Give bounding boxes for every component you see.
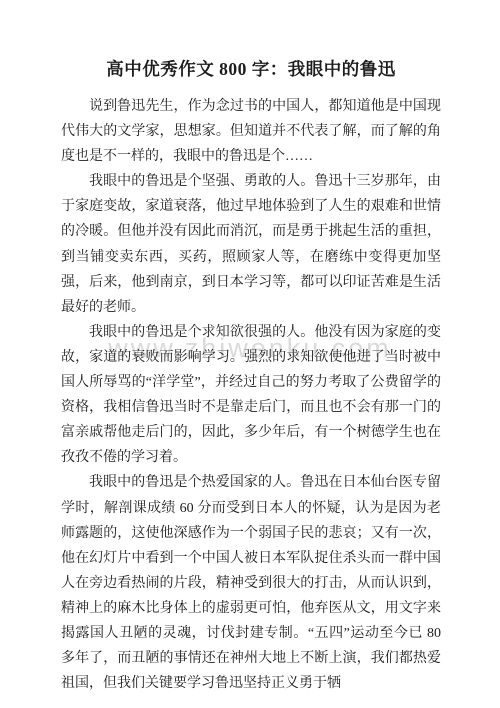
- document-page: www.zhiwenku.com 高中优秀作文 800 字：我眼中的鲁迅 说到鲁…: [0, 0, 500, 708]
- essay-paragraph: 我眼中的鲁迅是个坚强、勇敢的人。鲁迅十三岁那年，由于家庭变故，家道衰落，他过早地…: [61, 169, 441, 320]
- page-title: 高中优秀作文 800 字：我眼中的鲁迅: [61, 57, 441, 81]
- essay-paragraph: 我眼中的鲁迅是个热爱国家的人。鲁迅在日本仙台医专留学时，解剖课成绩 60 分而受…: [61, 470, 441, 696]
- essay-paragraph: 说到鲁迅先生，作为念过书的中国人，都知道他是中国现代伟大的文学家，思想家。但知道…: [61, 94, 441, 169]
- essay-paragraph: 我眼中的鲁迅是个求知欲很强的人。他没有因为家庭的变故，家道的衰败而影响学习。强烈…: [61, 320, 441, 471]
- essay-content: 高中优秀作文 800 字：我眼中的鲁迅 说到鲁迅先生，作为念过书的中国人，都知道…: [61, 57, 441, 696]
